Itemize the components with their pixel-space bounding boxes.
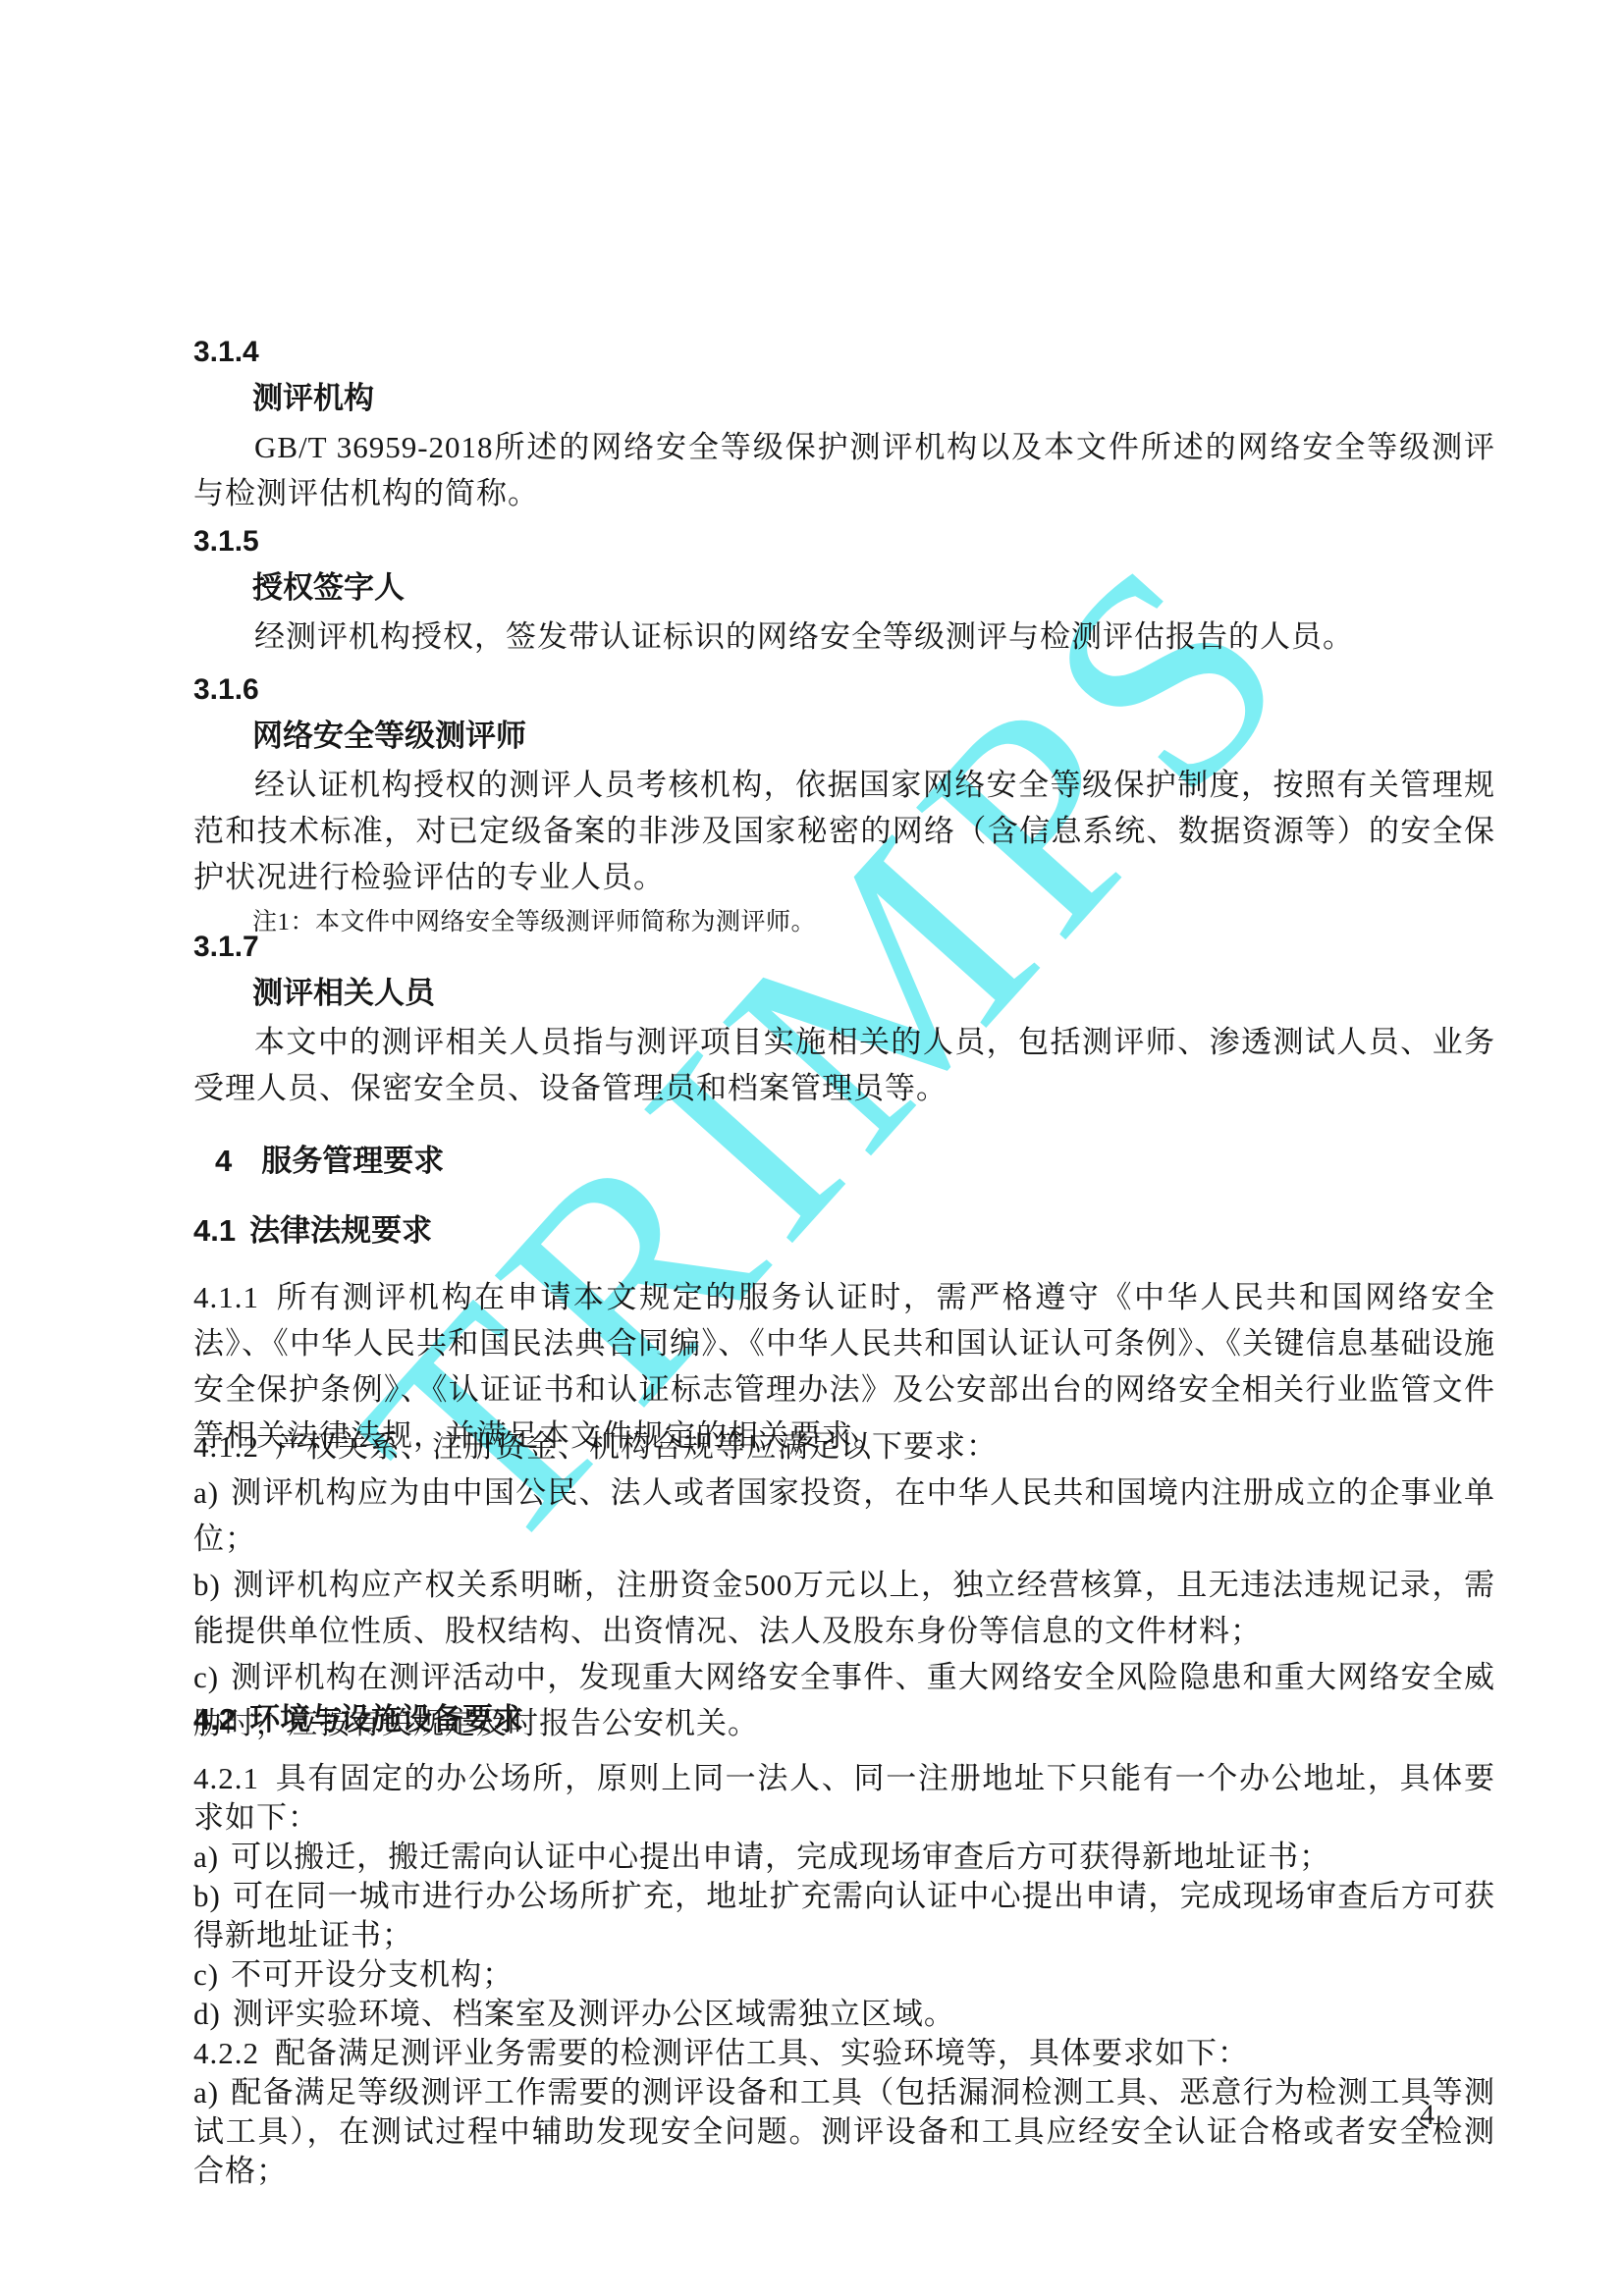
paragraph-text: 配备满足测评业务需要的检测评估工具、实验环境等，具体要求如下： [275, 2036, 1249, 2070]
definition-text: GB/T 36959-2018所述的网络安全等级保护测评机构以及本文件所述的网络… [193, 424, 1495, 516]
page-number: 4 [1420, 2099, 1435, 2132]
chapter-heading: 4服务管理要求 [193, 1142, 1517, 1181]
section-title: 环境与设施设备要求 [249, 1702, 523, 1736]
chapter-title: 服务管理要求 [261, 1144, 444, 1178]
clause-3-1-5: 3.1.5 授权签字人 经测评机构授权，签发带认证标识的网络安全等级测评与检测评… [193, 523, 1495, 660]
term-title: 测评机构 [252, 379, 1495, 418]
paragraph-number: 4.1.1 [193, 1280, 259, 1314]
document-page: TRIMPS 3.1.4 测评机构 GB/T 36959-2018所述的网络安全… [0, 0, 1624, 2296]
chapter-number: 4 [215, 1144, 232, 1178]
list-item-text: 不可开设分支机构； [231, 1957, 514, 1992]
list-item-text: 测评实验环境、档案室及测评办公区域需独立区域。 [233, 1997, 955, 2031]
section-number: 4.2 [193, 1702, 236, 1736]
section-heading-4-2: 4.2环境与设施设备要求 [193, 1700, 1495, 1739]
paragraph-text: 产权关系、注册资金、机构合规等应满足以下要求： [275, 1429, 998, 1464]
section-number: 4.1 [193, 1213, 236, 1248]
paragraph: 4.2.2配备满足测评业务需要的检测评估工具、实验环境等，具体要求如下： [193, 2034, 1495, 2073]
list-item-label: b) [193, 1879, 221, 1913]
section-title: 法律法规要求 [249, 1213, 432, 1248]
clause-number: 3.1.6 [193, 671, 1495, 709]
list-item-label: b) [193, 1568, 221, 1602]
list-item-text: 配备满足等级测评工作需要的测评设备和工具（包括漏洞检测工具、恶意行为检测工具等测… [193, 2075, 1495, 2188]
definition-text: 经测评机构授权，签发带认证标识的网络安全等级测评与检测评估报告的人员。 [193, 614, 1495, 660]
list-item: b)可在同一城市进行办公场所扩充，地址扩充需向认证中心提出申请，完成现场审查后方… [193, 1877, 1495, 1955]
list-item-label: a) [193, 1475, 219, 1510]
clause-3-1-7: 3.1.7 测评相关人员 本文中的测评相关人员指与测评项目实施相关的人员，包括测… [193, 929, 1495, 1111]
list-item-text: 测评机构应产权关系明晰，注册资金500万元以上，独立经营核算，且无违法违规记录，… [193, 1568, 1495, 1648]
clause-number: 3.1.7 [193, 929, 1495, 966]
paragraph: 4.1.2产权关系、注册资金、机构合规等应满足以下要求： [193, 1423, 1495, 1469]
paragraph-number: 4.2.2 [193, 2036, 259, 2070]
paragraph-number: 4.1.2 [193, 1429, 259, 1464]
list-item-text: 可在同一城市进行办公场所扩充，地址扩充需向认证中心提出申请，完成现场审查后方可获… [193, 1879, 1495, 1952]
list-item: b)测评机构应产权关系明晰，注册资金500万元以上，独立经营核算，且无违法违规记… [193, 1562, 1495, 1654]
definition-text: 本文中的测评相关人员指与测评项目实施相关的人员，包括测评师、渗透测试人员、业务受… [193, 1019, 1495, 1111]
list-item-label: d) [193, 1997, 221, 2031]
list-item-label: c) [193, 1660, 219, 1694]
list-item-label: a) [193, 1840, 219, 1874]
clause-number: 3.1.4 [193, 334, 1495, 371]
list-item: a)配备满足等级测评工作需要的测评设备和工具（包括漏洞检测工具、恶意行为检测工具… [193, 2073, 1495, 2191]
term-title: 网络安全等级测评师 [252, 717, 1495, 756]
list-item: d)测评实验环境、档案室及测评办公区域需独立区域。 [193, 1995, 1495, 2034]
term-title: 测评相关人员 [252, 974, 1495, 1013]
list-item-label: a) [193, 2075, 219, 2109]
clause-3-1-4: 3.1.4 测评机构 GB/T 36959-2018所述的网络安全等级保护测评机… [193, 334, 1495, 516]
list-item-text: 测评机构应为由中国公民、法人或者国家投资，在中华人民共和国境内注册成立的企事业单… [193, 1475, 1495, 1556]
section-4-2-content: 4.2.1具有固定的办公场所，原则上同一法人、同一注册地址下只能有一个办公地址，… [193, 1759, 1495, 2191]
definition-text: 经认证机构授权的测评人员考核机构，依据国家网络安全等级保护制度，按照有关管理规范… [193, 762, 1495, 900]
term-title: 授权签字人 [252, 568, 1495, 608]
paragraph-4-1-2-group: 4.1.2产权关系、注册资金、机构合规等应满足以下要求： a)测评机构应为由中国… [193, 1423, 1495, 1746]
paragraph-number: 4.2.1 [193, 1761, 259, 1795]
list-item-label: c) [193, 1957, 219, 1992]
list-item: a)测评机构应为由中国公民、法人或者国家投资，在中华人民共和国境内注册成立的企事… [193, 1469, 1495, 1562]
paragraph: 4.2.1具有固定的办公场所，原则上同一法人、同一注册地址下只能有一个办公地址，… [193, 1759, 1495, 1838]
paragraph-text: 具有固定的办公场所，原则上同一法人、同一注册地址下只能有一个办公地址，具体要求如… [193, 1761, 1495, 1835]
clause-number: 3.1.5 [193, 523, 1495, 561]
section-heading-4-1: 4.1法律法规要求 [193, 1211, 1495, 1251]
clause-3-1-6: 3.1.6 网络安全等级测评师 经认证机构授权的测评人员考核机构，依据国家网络安… [193, 671, 1495, 939]
list-item: a)可以搬迁，搬迁需向认证中心提出申请，完成现场审查后方可获得新地址证书； [193, 1838, 1495, 1877]
list-item-text: 可以搬迁，搬迁需向认证中心提出申请，完成现场审查后方可获得新地址证书； [231, 1840, 1330, 1874]
list-item: c)不可开设分支机构； [193, 1955, 1495, 1995]
